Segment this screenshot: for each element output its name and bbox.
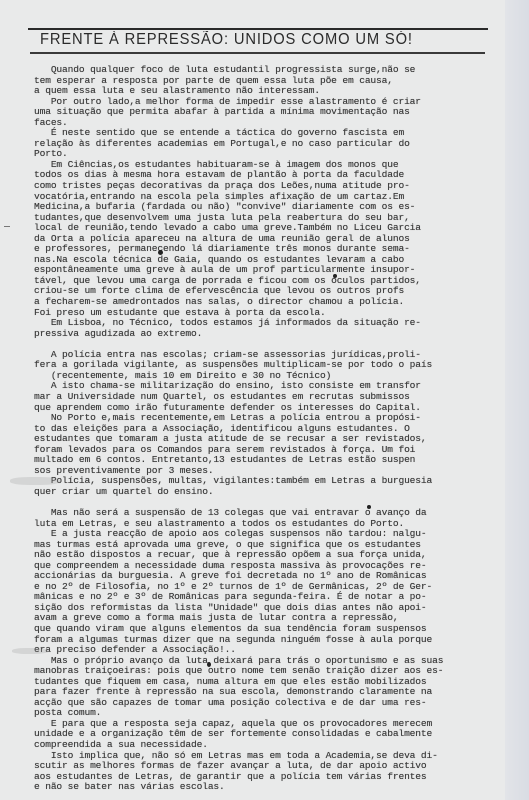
- text-line: uma situação que permita abafar à partid…: [34, 107, 484, 118]
- headline: FRENTE À REPRESSÃO: UNIDOS COMO UM SÓ!: [40, 31, 458, 49]
- text-line: compreendida a sua necessidade.: [34, 740, 484, 751]
- text-line: No Porto e,mais recentemente,em Letras a…: [34, 413, 484, 424]
- ink-blot: [207, 662, 211, 667]
- headline-bottom-rule: [30, 52, 485, 54]
- text-line: pressiva agudizada ao extremo.: [34, 329, 484, 340]
- text-line: que quando viram que alguns elementos da…: [34, 624, 484, 635]
- headline-top-rule: [28, 28, 488, 30]
- text-line: a fecharem-se amedrontados nas salas, o …: [34, 297, 484, 308]
- margin-mark: [4, 226, 10, 227]
- ink-smudge: [12, 648, 48, 654]
- ink-blot: [333, 274, 337, 278]
- text-line: Mas não será a suspensão de 13 colegas q…: [34, 508, 484, 519]
- page-edge-shadow: [505, 0, 529, 800]
- text-line: relação às diferentes academias em Portu…: [34, 139, 484, 150]
- ink-smudge: [10, 477, 60, 485]
- ink-blot: [367, 505, 371, 509]
- text-line: como tristes peças decorativas da praça …: [34, 181, 484, 192]
- text-line: quer criar um quartel do ensino.: [34, 487, 484, 498]
- text-line: acção que são capazes de tomar uma posiç…: [34, 698, 484, 709]
- body-text: Quando qualquer foco de luta estudantil …: [34, 65, 484, 793]
- ink-blot: [158, 250, 163, 255]
- text-line: mar a Universidade num Quartel, os estud…: [34, 392, 484, 403]
- text-line: e não se bater nas várias escolas.: [34, 782, 484, 793]
- text-line: Quando qualquer foco de luta estudantil …: [34, 65, 484, 76]
- document-page: FRENTE À REPRESSÃO: UNIDOS COMO UM SÓ! Q…: [0, 0, 505, 800]
